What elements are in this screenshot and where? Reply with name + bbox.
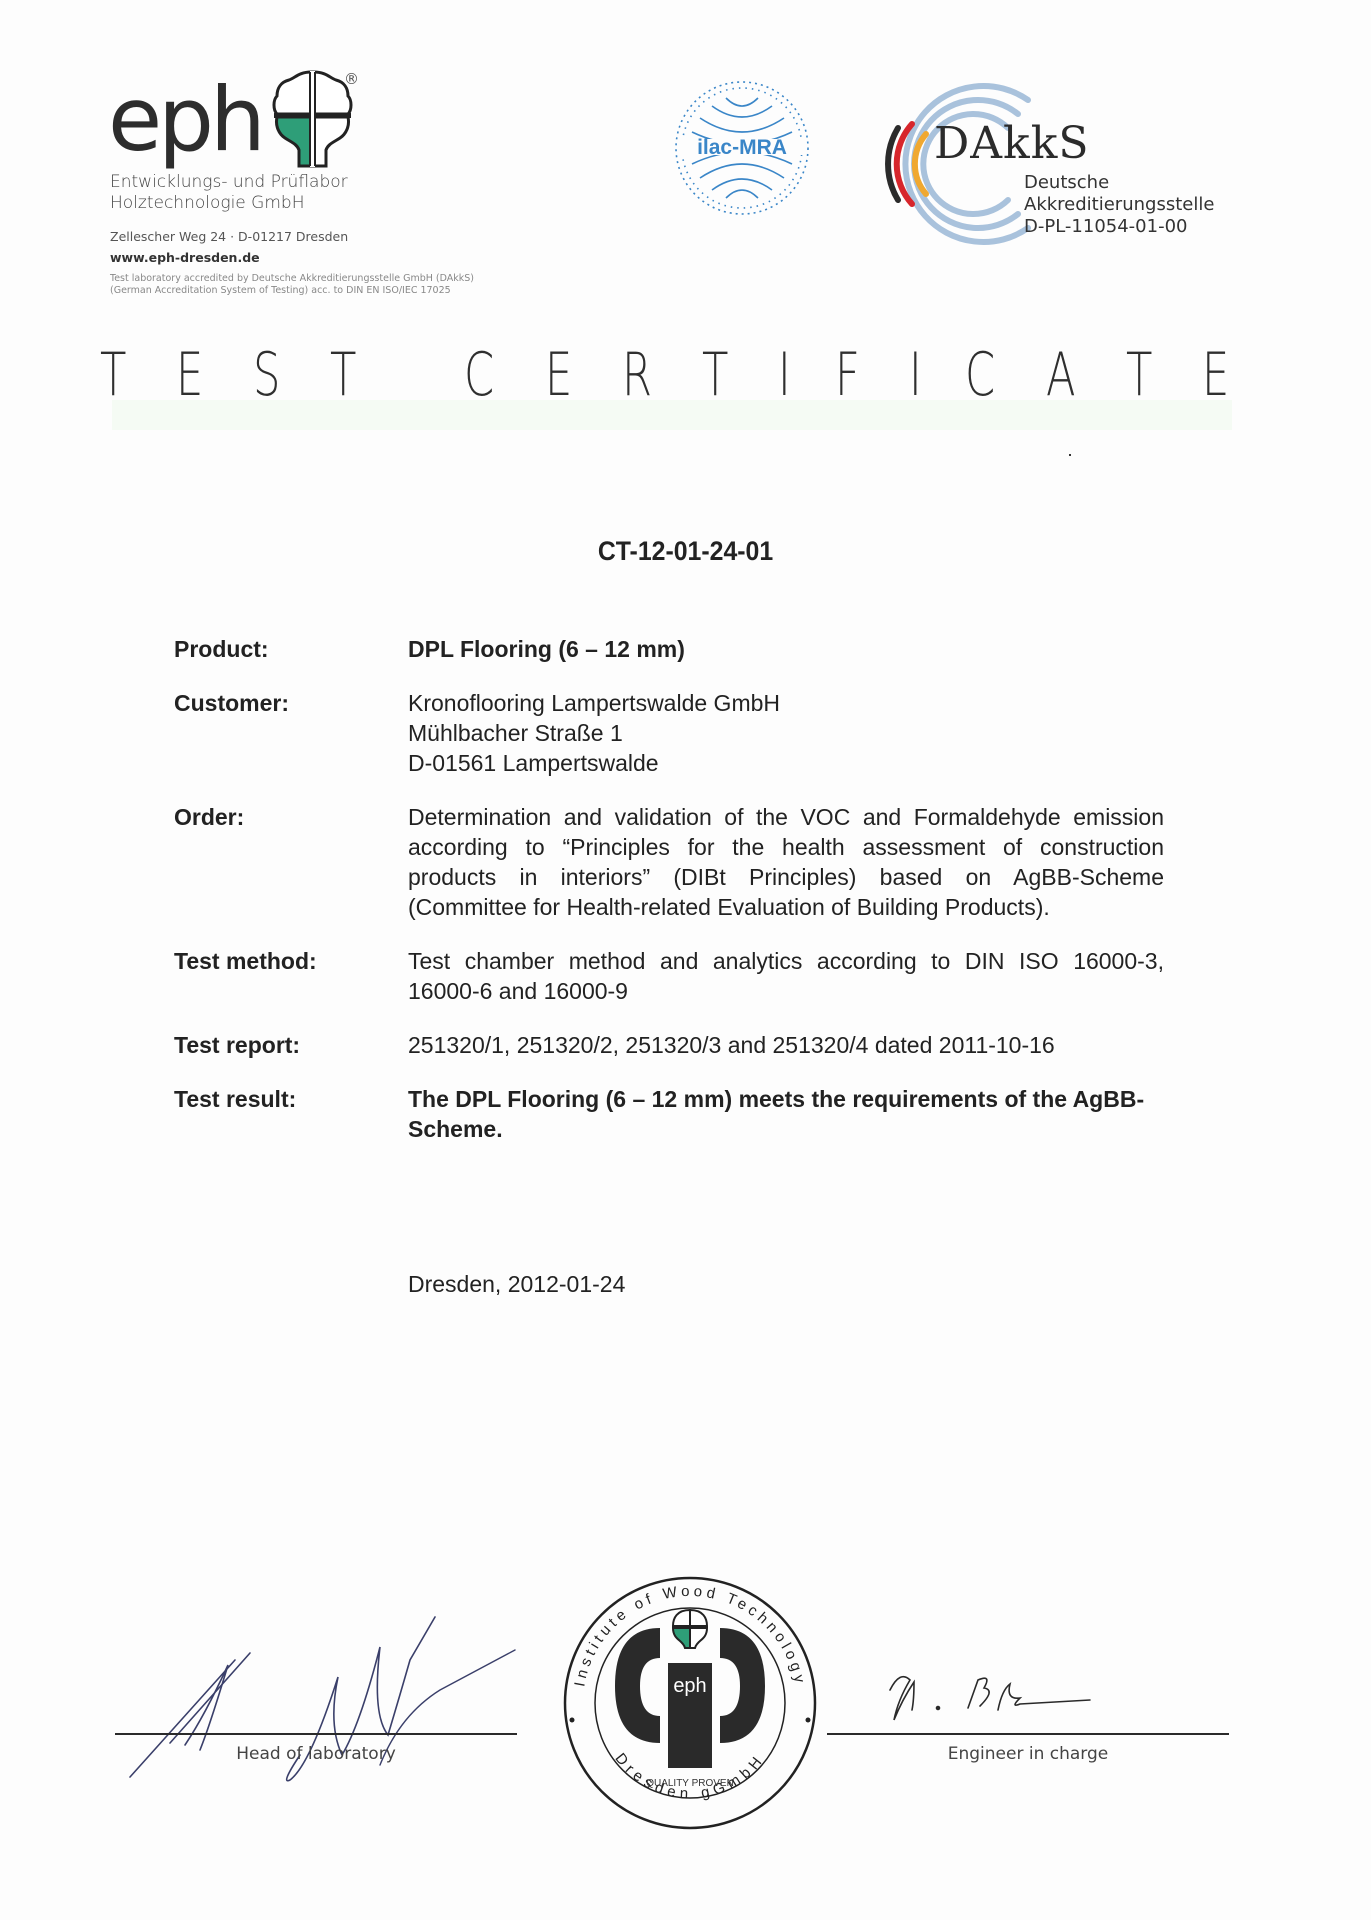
title-letter: S xyxy=(253,340,280,410)
dakks-subtitle: Deutsche Akkreditierungsstelle D-PL-1105… xyxy=(1024,172,1214,238)
field-label: Order: xyxy=(174,802,408,922)
engineer-in-charge-label: Engineer in charge xyxy=(827,1744,1229,1764)
field-product: Product: DPL Flooring (6 – 12 mm) xyxy=(174,634,1174,664)
field-label: Test method: xyxy=(174,946,408,1006)
eph-logo-text: eph xyxy=(108,76,262,164)
title-letter: E xyxy=(176,340,203,410)
title-letter: E xyxy=(1202,340,1229,410)
certificate-number: CT-12-01-24-01 xyxy=(55,536,1316,567)
signature-line xyxy=(827,1733,1229,1735)
field-test-method: Test method: Test chamber method and ana… xyxy=(174,946,1174,1006)
title-letter: A xyxy=(1046,340,1076,410)
svg-text:QUALITY PROVEN: QUALITY PROVEN xyxy=(646,1778,734,1789)
title-letter: R xyxy=(622,340,652,410)
field-test-report: Test report: 251320/1, 251320/2, 251320/… xyxy=(174,1030,1174,1060)
field-test-result: Test result: The DPL Flooring (6 – 12 mm… xyxy=(174,1084,1174,1144)
tree-cross-section-icon xyxy=(271,70,353,170)
order-value: Determination and validation of the VOC … xyxy=(408,802,1164,922)
signature-engineer-in-charge-icon xyxy=(880,1660,1140,1740)
field-label: Customer: xyxy=(174,688,408,778)
ilac-mra-logo-icon: ilac-MRA xyxy=(672,78,812,218)
title-letter: E xyxy=(545,340,572,410)
dakks-wordmark: DAkkS xyxy=(934,118,1090,169)
field-label: Product: xyxy=(174,634,408,664)
certificate-fields: Product: DPL Flooring (6 – 12 mm) Custom… xyxy=(174,634,1174,1168)
lab-website: www.eph-dresden.de xyxy=(110,250,260,265)
title-letter xyxy=(406,340,420,410)
customer-value: Kronoflooring Lampertswalde GmbH Mühlbac… xyxy=(408,688,1164,778)
product-value: DPL Flooring (6 – 12 mm) xyxy=(408,634,1164,664)
title-letter: T xyxy=(330,340,356,410)
head-of-laboratory-label: Head of laboratory xyxy=(115,1744,517,1764)
lab-address: Zellescher Weg 24 · D-01217 Dresden xyxy=(110,229,348,244)
dakks-logo: DAkkS Deutsche Akkreditierungsstelle D-P… xyxy=(878,78,1238,248)
test-result-value: The DPL Flooring (6 – 12 mm) meets the r… xyxy=(408,1084,1164,1144)
place-and-date: Dresden, 2012-01-24 xyxy=(408,1271,625,1298)
title-letter: T xyxy=(1126,340,1152,410)
field-label: Test result: xyxy=(174,1084,408,1144)
accreditation-note: Test laboratory accredited by Deutsche A… xyxy=(110,273,474,297)
registered-mark: ® xyxy=(344,70,359,88)
field-customer: Customer: Kronoflooring Lampertswalde Gm… xyxy=(174,688,1174,778)
title-letter: C xyxy=(464,340,494,410)
title-letter: T xyxy=(100,340,126,410)
test-report-value: 251320/1, 251320/2, 251320/3 and 251320/… xyxy=(408,1030,1164,1060)
svg-text:eph: eph xyxy=(673,1675,706,1697)
scan-artifact xyxy=(1069,454,1071,456)
dakks-registration-number: D-PL-11054-01-00 xyxy=(1024,216,1214,238)
signature-head-of-laboratory-icon xyxy=(110,1605,530,1805)
institute-seal-icon: Institute of Wood Technology Dresden gGm… xyxy=(545,1568,835,1838)
field-order: Order: Determination and validation of t… xyxy=(174,802,1174,922)
title-letter: F xyxy=(835,340,860,410)
test-method-value: Test chamber method and analytics accord… xyxy=(408,946,1164,1006)
lab-name: Entwicklungs- und Prüflabor Holztechnolo… xyxy=(110,172,348,214)
title-letter: I xyxy=(909,340,922,410)
signature-line xyxy=(115,1733,517,1735)
page-title: TEST CERTIFICATE xyxy=(100,340,1240,410)
title-letter: T xyxy=(702,340,728,410)
svg-text:ilac-MRA: ilac-MRA xyxy=(697,136,787,159)
field-label: Test report: xyxy=(174,1030,408,1060)
eph-logo: eph xyxy=(108,70,368,180)
title-letter: C xyxy=(965,340,995,410)
title-letter: I xyxy=(778,340,791,410)
